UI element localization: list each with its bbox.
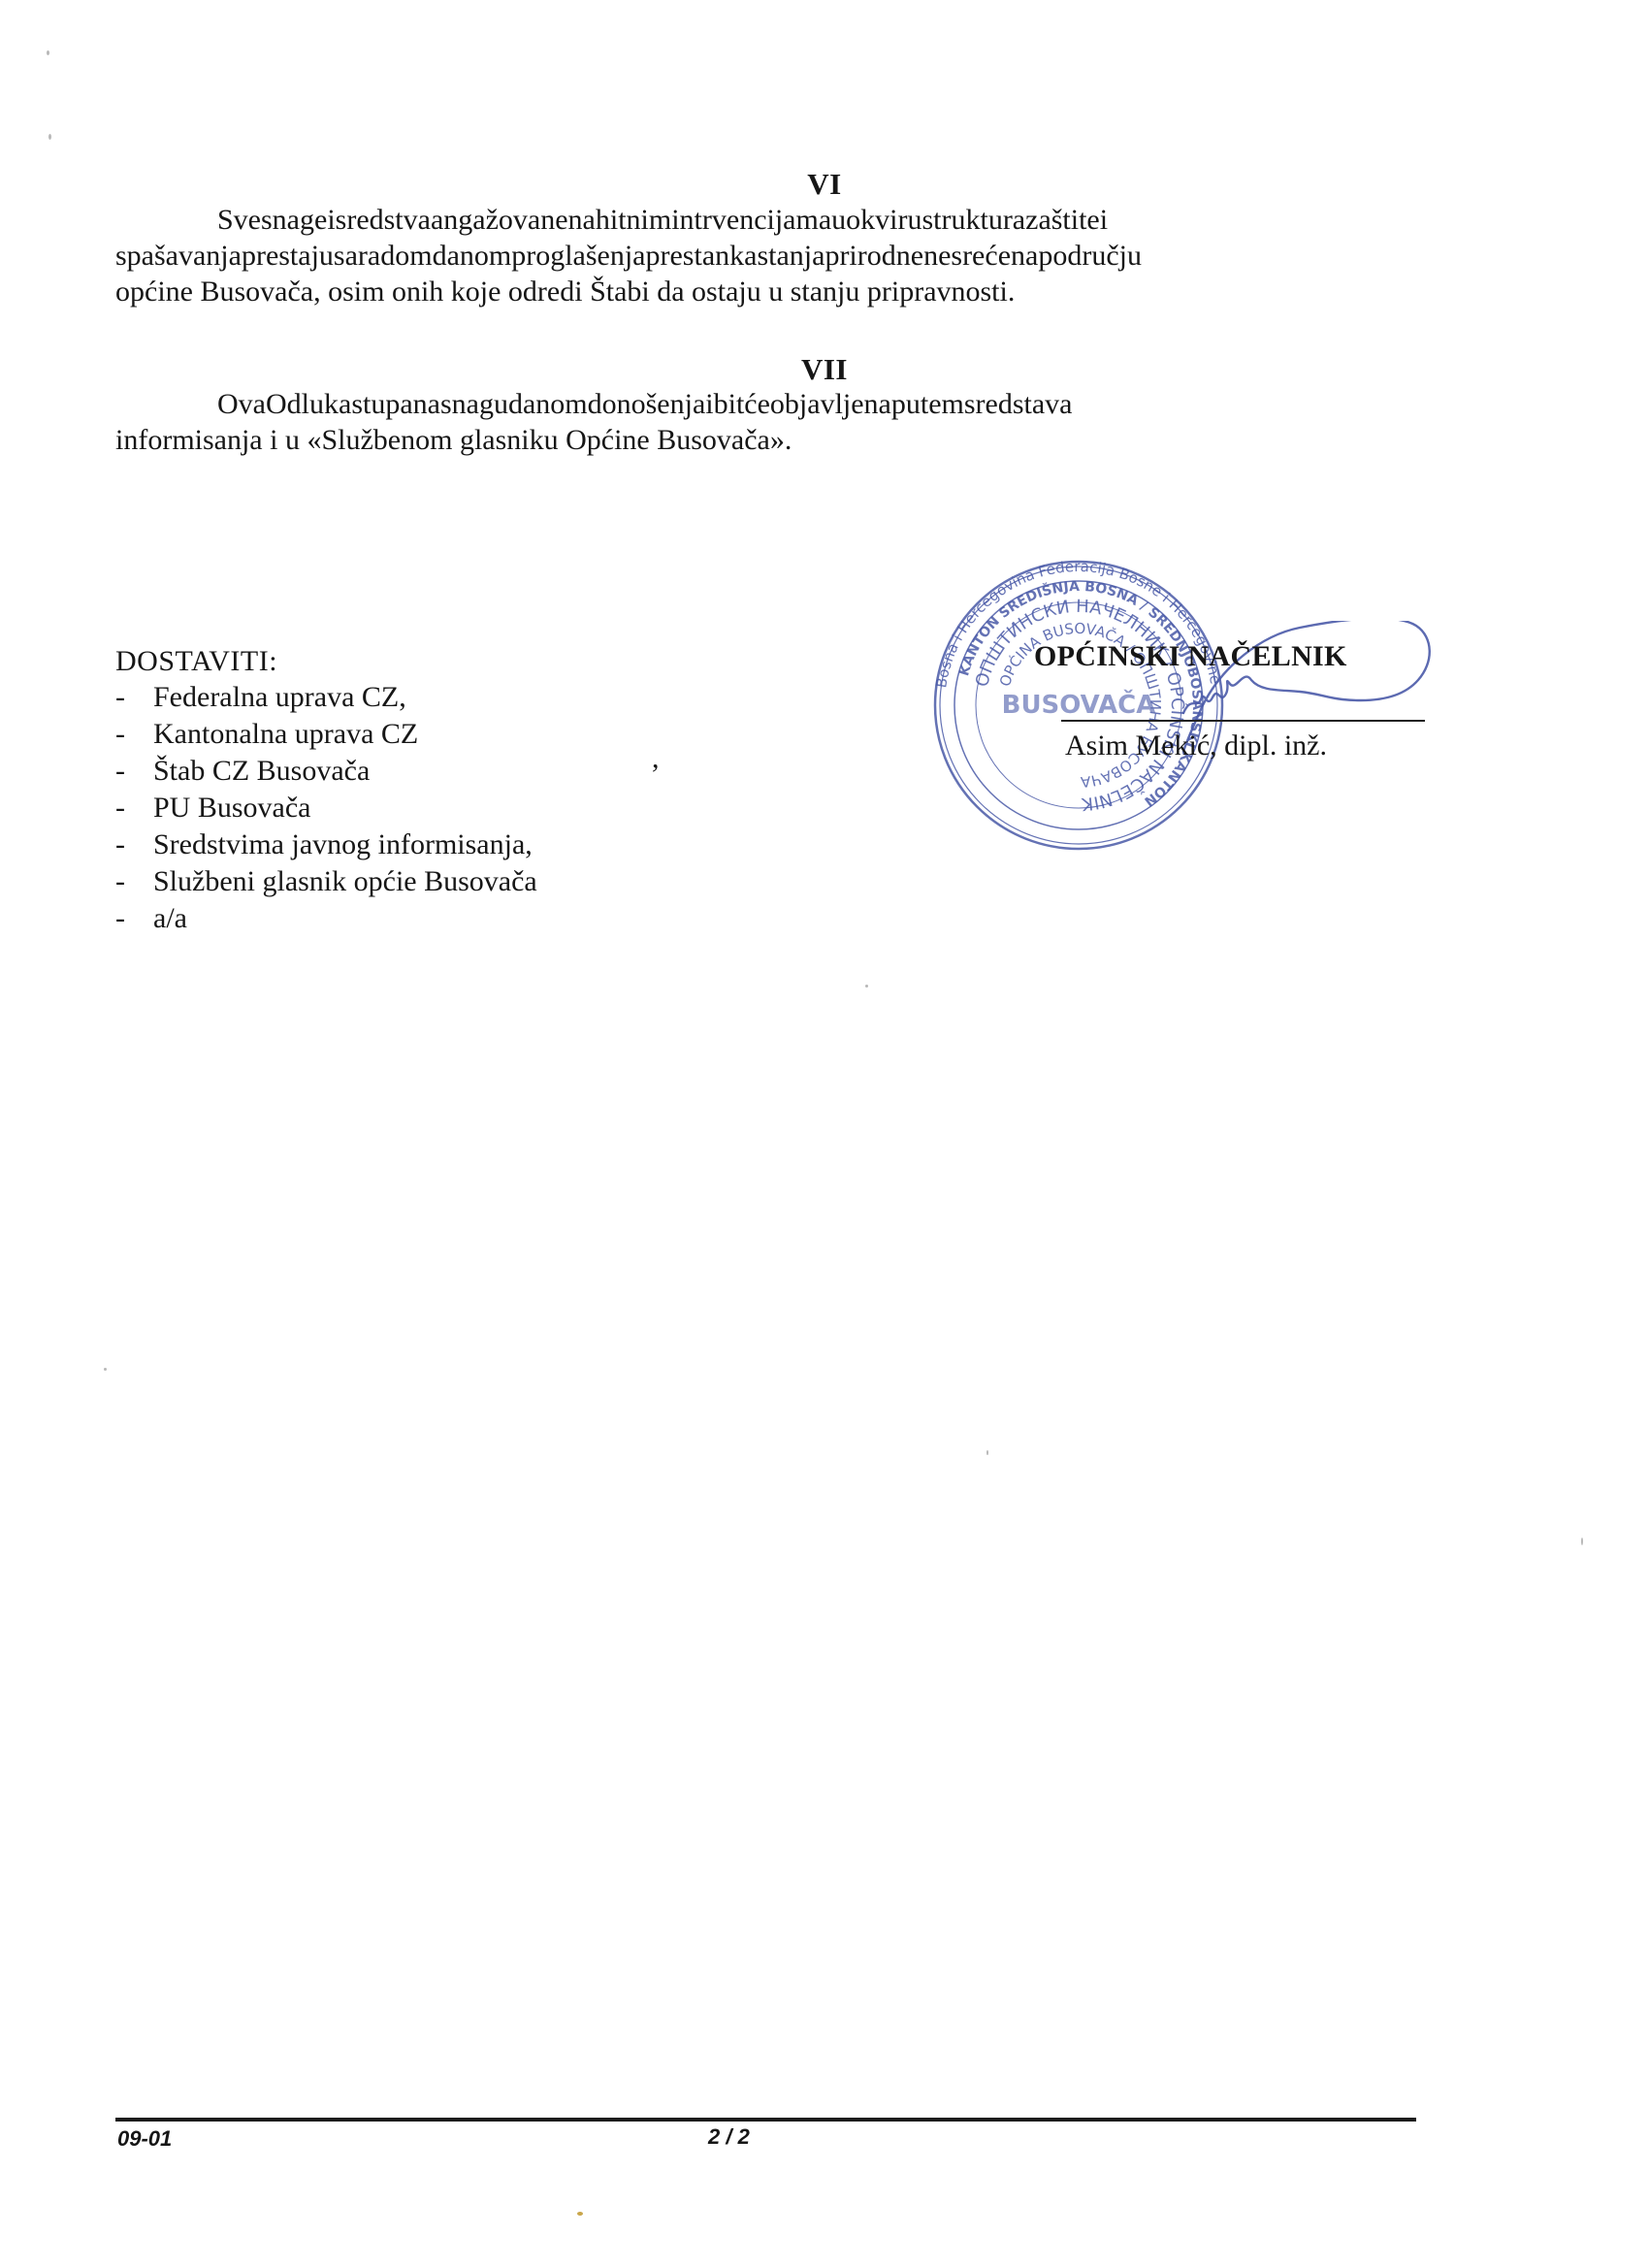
word: području — [1038, 238, 1142, 274]
word: sredstva — [336, 202, 431, 238]
footer-rule — [115, 2118, 1416, 2122]
distribution-title: DOSTAVITI: — [115, 644, 537, 679]
word: zaštite — [1025, 202, 1100, 238]
scan-speck — [577, 2212, 583, 2216]
signature-line — [1061, 720, 1425, 722]
word: objavljena — [770, 386, 891, 422]
list-item: -Službeni glasnik općie Busovača — [115, 863, 537, 900]
word: snagu — [440, 386, 508, 422]
list-item: -Federalna uprava CZ, — [115, 679, 537, 716]
signatory-title: OPĆINSKI NAČELNIK — [1034, 640, 1347, 673]
para-line: općine Busovača, osim onih koje odredi Š… — [115, 274, 1416, 309]
word: Ova — [217, 386, 266, 422]
word: stupa — [351, 386, 412, 422]
word: radom — [358, 238, 433, 274]
svg-text:BUSOVAČA: BUSOVAČA — [1002, 689, 1156, 720]
word: i — [327, 202, 335, 238]
list-item: -Kantonalna uprava CZ — [115, 716, 537, 753]
document-code: 09-01 — [117, 2126, 172, 2152]
signatory-name: Asim Mekić, dipl. inž. — [1065, 729, 1327, 762]
word: prestaju — [242, 238, 334, 274]
word: na — [413, 386, 440, 422]
word: stanja — [757, 238, 824, 274]
word: prirodne — [824, 238, 923, 274]
word: hitnim — [596, 202, 671, 238]
word: struktura — [921, 202, 1025, 238]
word: će — [744, 386, 770, 422]
section-heading-vii: VII — [0, 352, 1649, 387]
para-line: informisanja i u «Službenom glasniku Opć… — [115, 422, 1416, 458]
word: Sve — [217, 202, 261, 238]
para-line: OvaOdlukastupanasnagudanomdonošenjaibitć… — [115, 386, 1416, 422]
list-item: -Sredstvima javnog informisanja, — [115, 826, 537, 863]
word: Odluka — [266, 386, 351, 422]
scan-speck — [1581, 1538, 1583, 1545]
word: na — [1011, 238, 1038, 274]
page-number: 2 / 2 — [708, 2124, 750, 2150]
section-vi-paragraph: Svesnageisredstvaangažovanenahitnimintrv… — [115, 202, 1416, 309]
word: spašavanja — [115, 238, 242, 274]
scan-speck — [47, 50, 49, 55]
document-page: VI Svesnageisredstvaangažovanenahitnimin… — [0, 0, 1649, 2268]
scan-speck — [48, 134, 51, 140]
section-vii-paragraph: OvaOdlukastupanasnagudanomdonošenjaibitć… — [115, 386, 1416, 458]
word: okviru — [846, 202, 921, 238]
word: nesreće — [923, 238, 1011, 274]
word: snage — [261, 202, 327, 238]
list-item: -PU Busovača — [115, 790, 537, 826]
word: donošenja — [588, 386, 706, 422]
word: intrvencijama — [671, 202, 831, 238]
distribution-items: -Federalna uprava CZ, -Kantonalna uprava… — [115, 679, 537, 937]
list-item: -a/a — [115, 900, 537, 937]
para-line: spašavanjaprestajusaradomdanomproglašenj… — [115, 238, 1416, 274]
word: u — [831, 202, 846, 238]
word: proglašenja — [511, 238, 645, 274]
scan-speck — [986, 1450, 988, 1455]
word: prestanka — [646, 238, 758, 274]
word: danom — [433, 238, 512, 274]
word: sa — [334, 238, 358, 274]
word: angažovane — [431, 202, 568, 238]
word: bit — [714, 386, 745, 422]
list-item: -Štab CZ Busovača — [115, 753, 537, 790]
para-line: Svesnageisredstvaangažovanenahitnimintrv… — [115, 202, 1416, 238]
scan-speck — [104, 1368, 107, 1371]
word: i — [705, 386, 713, 422]
section-heading-vi: VI — [0, 167, 1649, 202]
word: putem — [891, 386, 964, 422]
scan-speck — [865, 985, 868, 988]
word: na — [568, 202, 596, 238]
word: sredstava — [964, 386, 1073, 422]
stray-comma: , — [652, 741, 660, 776]
distribution-list: DOSTAVITI: -Federalna uprava CZ, -Kanton… — [115, 644, 537, 937]
word: danom — [508, 386, 588, 422]
word: i — [1100, 202, 1108, 238]
